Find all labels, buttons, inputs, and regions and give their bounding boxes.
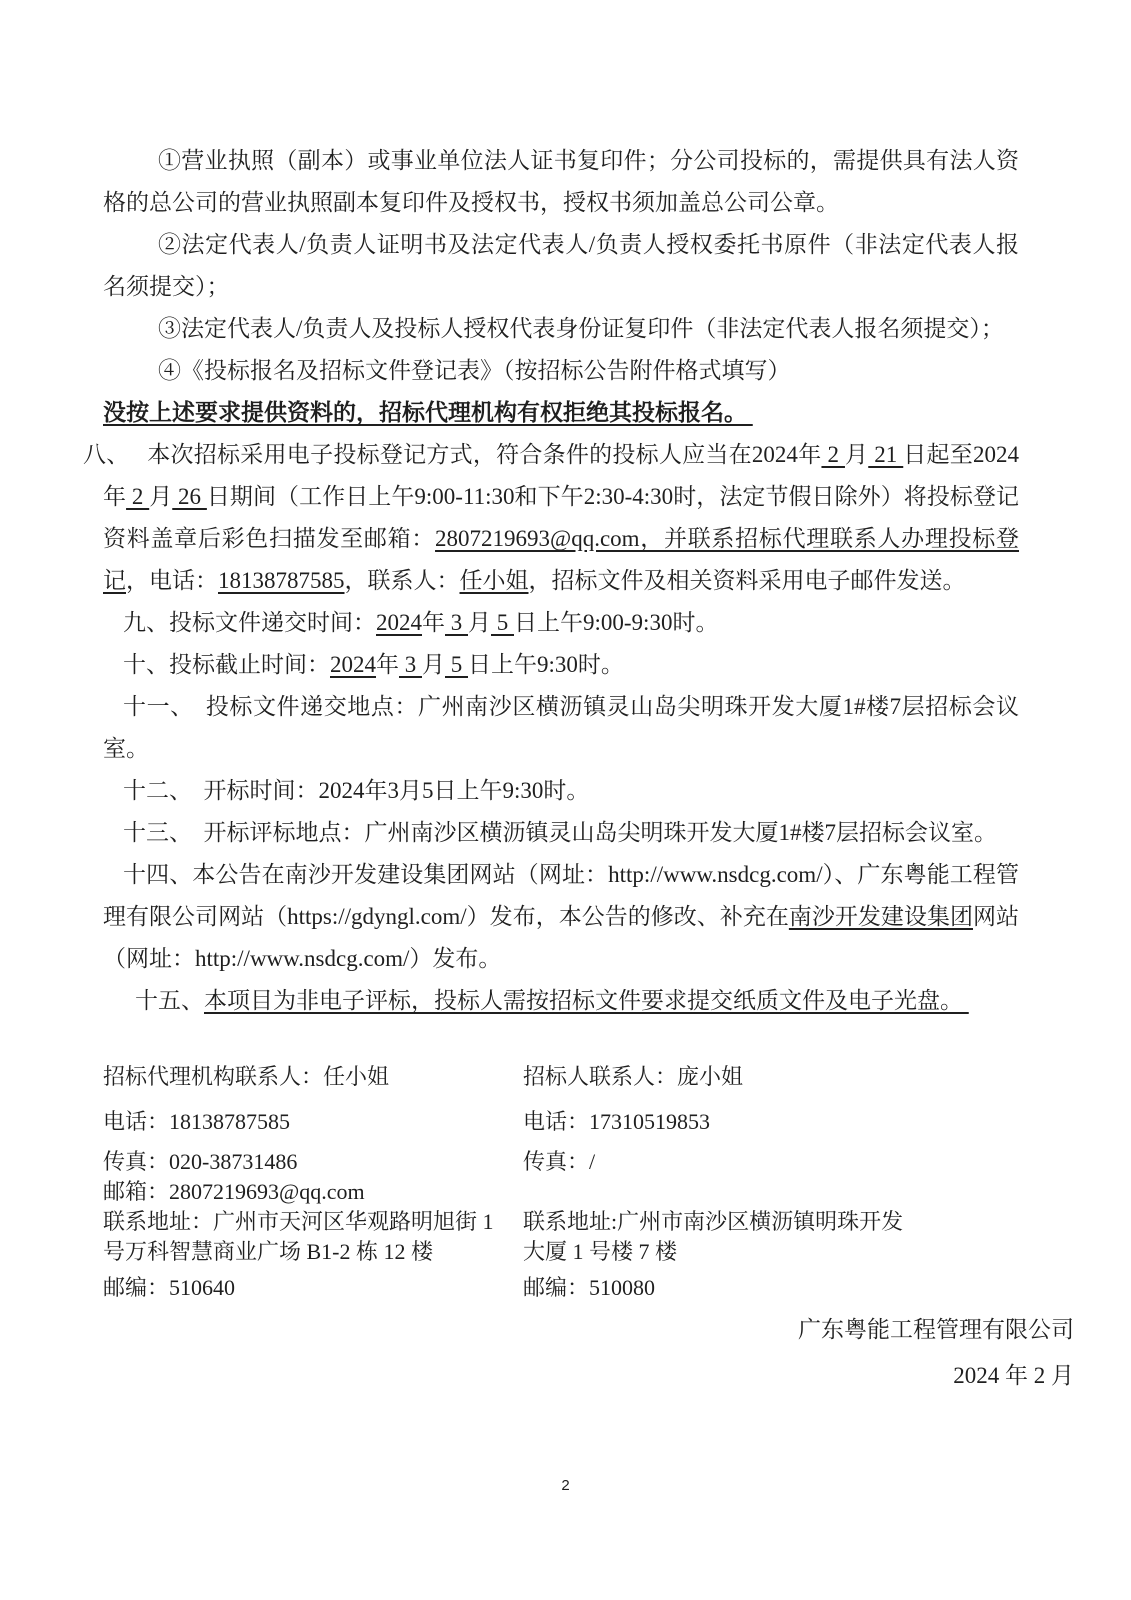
agency-zip-label: 邮编： [103,1275,169,1300]
agency-phone-label: 电话： [103,1109,169,1134]
text-segment: 月 [468,610,491,635]
text-segment: 3 [445,610,468,635]
contact-row-spacer [523,1177,1071,1207]
text-segment: 十、投标截止时间： [123,652,330,677]
agency-name-row: 招标代理机构联系人：任小姐 [103,1062,523,1092]
text-segment: ③法定代表人/负责人及投标人授权代表身份证复印件（非法定代表人报名须提交）； [158,316,1004,341]
para-item-14-announcement-websites: 十四、本公告在南沙开发建设集团网站（网址：http://www.nsdcg.co… [103,854,1019,980]
para-rejection-notice: 没按上述要求提供资料的，招标代理机构有权拒绝其投标报名。 [103,392,1019,434]
text-segment: 月 [149,484,172,509]
text-segment: 十二、 开标时间：2024年3月5日上午9:30时。 [123,778,589,803]
para-item-13-opening-place: 十三、 开标评标地点：广州南沙区横沥镇灵山岛尖明珠开发大厦1#楼7层招标会议室。 [103,812,1019,854]
page-number: 2 [0,1477,1131,1494]
text-segment: ④《投标报名及招标文件登记表》（按招标公告附件格式填写） [158,358,791,383]
company-signature: 广东粤能工程管理有限公司 [0,1307,1074,1353]
agency-fax-value: 020-38731486 [169,1149,297,1174]
tenderer-name-value: 庞小姐 [677,1064,743,1089]
text-segment: ①营业执照（副本）或事业单位法人证书复印件；分公司投标的，需提供具有法人资格的总… [103,148,1019,215]
agency-phone-value: 18138787585 [169,1109,290,1134]
text-segment: 5 [491,610,514,635]
text-segment: 南沙开发建设集团 [789,904,973,929]
text-segment: 日上午9:00-9:30时。 [514,610,718,635]
text-segment: ，招标文件及相关资料采用电子邮件发送。 [529,568,966,593]
text-segment: 2024 [376,610,422,635]
text-segment: ②法定代表人/负责人证明书及法定代表人/负责人授权委托书原件（非法定代表人报名须… [103,232,1019,299]
agency-zip-row: 邮编：510640 [103,1273,523,1303]
text-segment: ，联系人： [345,568,460,593]
signature-date: 2024 年 2 月 [0,1353,1074,1399]
text-segment: 5 [445,652,468,677]
text-segment: 2024 [330,652,376,677]
document-body: ①营业执照（副本）或事业单位法人证书复印件；分公司投标的，需提供具有法人资格的总… [0,0,1131,1022]
text-segment: 十五、 [135,988,204,1013]
text-segment: 年 [422,610,445,635]
para-id-copy: ③法定代表人/负责人及投标人授权代表身份证复印件（非法定代表人报名须提交）； [103,308,1019,350]
text-segment: 2 [126,484,149,509]
text-segment: 任小姐 [460,568,529,593]
agency-contact-block: 招标代理机构联系人：任小姐 电话：18138787585 传真：020-3873… [103,1062,523,1303]
tenderer-phone-value: 17310519853 [589,1109,710,1134]
tenderer-zip-value: 510080 [589,1275,655,1300]
tenderer-phone-label: 电话： [523,1109,589,1134]
agency-address-line2: 号万科智慧商业广场 B1-2 栋 12 楼 [103,1237,523,1267]
text-segment: 日上午9:30时。 [468,652,624,677]
para-item-12-opening-time: 十二、 开标时间：2024年3月5日上午9:30时。 [103,770,1019,812]
tenderer-phone-row: 电话：17310519853 [523,1107,1071,1137]
signature-block: 广东粤能工程管理有限公司 2024 年 2 月 [0,1307,1131,1399]
para-item-8-registration: 八、 本次招标采用电子投标登记方式，符合条件的投标人应当在2024年 2 月 2… [103,434,1019,602]
agency-phone-row: 电话：18138787585 [103,1107,523,1137]
tenderer-name-row: 招标人联系人：庞小姐 [523,1062,1071,1092]
text-segment: 3 [399,652,422,677]
tenderer-address-line2: 大厦 1 号楼 7 楼 [523,1237,1071,1267]
agency-fax-row: 传真：020-38731486 [103,1147,523,1177]
agency-fax-label: 传真： [103,1149,169,1174]
text-segment: 八、 本次招标采用电子投标登记方式，符合条件的投标人应当在2024年 [83,442,821,467]
agency-zip-value: 510640 [169,1275,235,1300]
text-segment: 十一、 投标文件递交地点：广州南沙区横沥镇灵山岛尖明珠开发大厦1#楼7层招标会议… [103,694,1019,761]
text-segment: ，电话： [126,568,218,593]
text-segment: 18138787585 [218,568,345,593]
tenderer-fax-value: / [589,1149,595,1174]
text-segment: 2 [821,442,845,467]
para-item-11-submission-place: 十一、 投标文件递交地点：广州南沙区横沥镇灵山岛尖明珠开发大厦1#楼7层招标会议… [103,686,1019,770]
tenderer-fax-label: 传真： [523,1149,589,1174]
agency-email-label: 邮箱： [103,1179,169,1204]
tenderer-name-label: 招标人联系人： [523,1064,677,1089]
tenderer-zip-row: 邮编：510080 [523,1273,1071,1303]
para-legal-rep-certificate: ②法定代表人/负责人证明书及法定代表人/负责人授权委托书原件（非法定代表人报名须… [103,224,1019,308]
text-segment: 月 [422,652,445,677]
agency-name-label: 招标代理机构联系人： [103,1064,323,1089]
para-item-15-paper-evaluation: 十五、本项目为非电子评标，投标人需按招标文件要求提交纸质文件及电子光盘。 [103,980,1019,1022]
para-item-10-deadline: 十、投标截止时间：2024年 3 月 5 日上午9:30时。 [103,644,1019,686]
text-segment: 十三、 开标评标地点：广州南沙区横沥镇灵山岛尖明珠开发大厦1#楼7层招标会议室。 [123,820,997,845]
agency-address-line1: 联系地址：广州市天河区华观路明旭街 1 [103,1207,523,1237]
agency-email-row: 邮箱：2807219693@qq.com [103,1177,523,1207]
para-registration-form: ④《投标报名及招标文件登记表》（按招标公告附件格式填写） [103,350,1019,392]
text-segment: 本项目为非电子评标，投标人需按招标文件要求提交纸质文件及电子光盘。 [204,988,969,1013]
text-segment: 九、投标文件递交时间： [123,610,376,635]
tenderer-fax-row: 传真：/ [523,1147,1071,1177]
text-segment: 年 [376,652,399,677]
tenderer-zip-label: 邮编： [523,1275,589,1300]
agency-name-value: 任小姐 [323,1064,389,1089]
para-business-license: ①营业执照（副本）或事业单位法人证书复印件；分公司投标的，需提供具有法人资格的总… [103,140,1019,224]
text-segment: 26 [172,484,207,509]
text-segment: 月 [845,442,868,467]
tenderer-contact-block: 招标人联系人：庞小姐 电话：17310519853 传真：/ 联系地址:广州市南… [523,1062,1071,1303]
para-item-9-submission-time: 九、投标文件递交时间：2024年 3 月 5 日上午9:00-9:30时。 [103,602,1019,644]
tender-announcement-page: ①营业执照（副本）或事业单位法人证书复印件；分公司投标的，需提供具有法人资格的总… [0,0,1131,1600]
agency-email-value: 2807219693@qq.com [169,1179,365,1204]
text-segment: 没按上述要求提供资料的，招标代理机构有权拒绝其投标报名。 [103,400,753,425]
tenderer-address-line1: 联系地址:广州市南沙区横沥镇明珠开发 [523,1207,1071,1237]
text-segment: 21 [868,442,903,467]
contacts-section: 招标代理机构联系人：任小姐 电话：18138787585 传真：020-3873… [103,1062,1071,1303]
